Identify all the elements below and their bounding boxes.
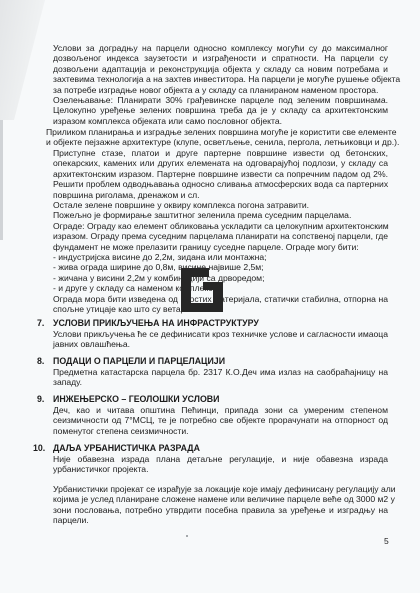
section-body-10: Није обавезна израда плана детаљне регул…	[53, 454, 388, 475]
text-line: парцели.	[53, 515, 388, 525]
text-line: Деч, као и читава општина Пећинци, припа…	[53, 405, 388, 415]
text-line: Пожељно је формирање заштитног зеленила …	[53, 210, 388, 220]
text-line: изразом. Ограду према суседним парцелама…	[53, 231, 388, 241]
text-line: Целокупно уређење зелених површина треба…	[53, 105, 388, 115]
text-line: којима је услед планиране сложене намене…	[53, 494, 388, 504]
text-line: дозвољени адаптација и реконструкција об…	[53, 64, 388, 74]
g-logo-icon	[181, 268, 223, 312]
paragraph-urban-project: Урбанистички пројекат се израђује за лок…	[53, 484, 388, 526]
text-line: изразом комплекса објеката или само посл…	[53, 116, 388, 126]
paragraph-landscape-elements: Приликом планирања и изградње зелених по…	[46, 127, 388, 148]
text-line: јавних овлашћења.	[53, 339, 388, 349]
text-line: Предметна катастарска парцела бр. 2317 К…	[53, 367, 388, 377]
text-line: Остале зелене површине у оквиру комплекс…	[53, 200, 388, 210]
text-line: површина риголама, дренажом и сл.	[53, 190, 388, 200]
section-number: 9.	[37, 394, 53, 404]
text-line: фундамент не може прелазити границу сусе…	[53, 242, 388, 252]
section-title: ДАЉА УРБАНИСТИЧКА РАЗРАДА	[53, 443, 200, 453]
section-body-7: Услови прикључења ће се дефинисати кроз …	[53, 329, 388, 350]
scan-speck	[186, 535, 188, 537]
list-item: - индустријска висине до 2,2м, зидана ил…	[53, 252, 388, 262]
section-heading-7: 7.УСЛОВИ ПРИКЉУЧЕЊА НА ИНФРАСТРУКТУРУ	[37, 318, 259, 328]
text-line: урбанистичког пројекта.	[53, 464, 388, 474]
text-line: за потребе изградње новог објекта а у ск…	[53, 85, 388, 95]
section-heading-9: 9.ИНЖЕЊЕРСКО – ГЕОЛОШКИ УСЛОВИ	[37, 394, 219, 404]
section-number: 7.	[37, 318, 53, 328]
page-edge-shadow	[0, 120, 3, 240]
section-heading-8: 8.ПОДАЦИ О ПАРЦЕЛИ И ПАРЦЕЛАЦИЈИ	[37, 356, 225, 366]
text-line: поменутог степена сеизмичности.	[53, 426, 388, 436]
text-line: и објекте пејзажне архитектуре (клупе, о…	[46, 137, 388, 147]
page-number: 5	[384, 536, 389, 546]
paragraph-fences: Ограде: Ограду као елемент обликовања ус…	[53, 221, 388, 252]
section-title: ПОДАЦИ О ПАРЦЕЛИ И ПАРЦЕЛАЦИЈИ	[53, 356, 225, 366]
paragraph-extension-conditions: Услови за доградњу на парцели односно ко…	[53, 43, 388, 95]
text-line: Решити проблем одводњавања односно слива…	[53, 179, 388, 189]
section-heading-10: 10.ДАЉА УРБАНИСТИЧКА РАЗРАДА	[33, 443, 200, 453]
text-line: западу.	[53, 377, 388, 387]
section-body-9: Деч, као и читава општина Пећинци, припа…	[53, 405, 388, 436]
text-line: Није обавезна израда плана детаљне регул…	[53, 454, 388, 464]
text-line: зони пословања, потребно утврдити посебн…	[53, 505, 388, 515]
text-line: Урбанистички пројекат се израђује за лок…	[53, 484, 388, 494]
section-title: УСЛОВИ ПРИКЉУЧЕЊА НА ИНФРАСТРУКТУРУ	[53, 318, 259, 328]
section-number: 8.	[37, 356, 53, 366]
text-line: Услови за доградњу на парцели односно ко…	[53, 43, 388, 53]
section-title: ИНЖЕЊЕРСКО – ГЕОЛОШКИ УСЛОВИ	[53, 394, 219, 404]
text-line: архитектонским изразом. Партерне површин…	[53, 169, 388, 179]
section-number: 10.	[33, 443, 53, 453]
section-body-8: Предметна катастарска парцела бр. 2317 К…	[53, 367, 388, 388]
text-line: опекарских, камених или других елемената…	[53, 158, 388, 168]
text-line: Приступне стазе, платои и друге партерне…	[53, 148, 388, 158]
text-line: Ограде: Ограду као елемент обликовања ус…	[53, 221, 388, 231]
text-line: дозвољеног индекса заузетости и изграђен…	[53, 53, 388, 63]
text-line: Озелењавање: Планирати 30% грађевинске п…	[53, 95, 388, 105]
text-line: Приликом планирања и изградње зелених по…	[46, 127, 388, 137]
paragraph-greening: Озелењавање: Планирати 30% грађевинске п…	[53, 95, 388, 126]
page-curl-shadow	[0, 0, 48, 120]
paragraph-paths-plateaus: Приступне стазе, платои и друге партерне…	[53, 148, 388, 200]
paragraph-other-green: Остале зелене површине у оквиру комплекс…	[53, 200, 388, 221]
text-line: захтевима технологија а на захтев инвест…	[53, 74, 388, 84]
text-line: сеизмичности од 7°МСЦ, те је потребно св…	[53, 415, 388, 425]
text-line: Услови прикључења ће се дефинисати кроз …	[53, 329, 388, 339]
